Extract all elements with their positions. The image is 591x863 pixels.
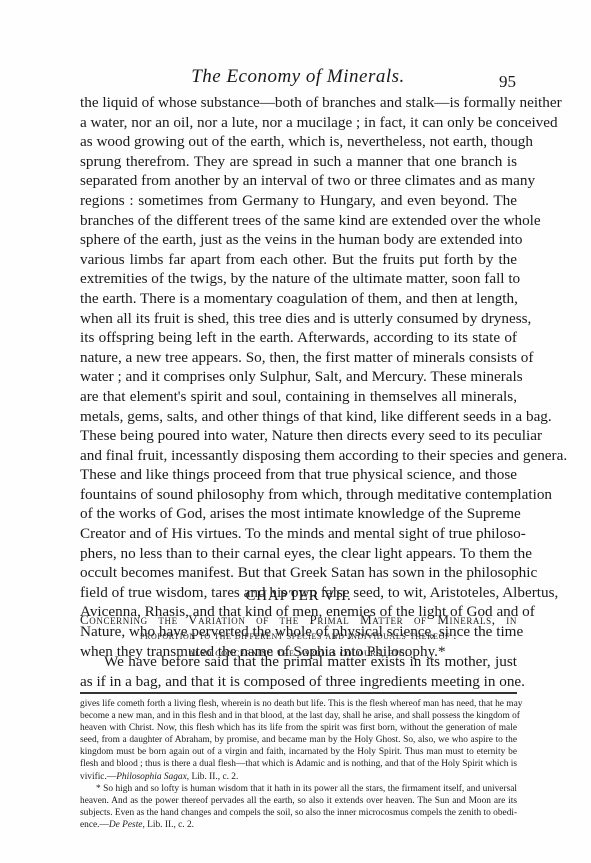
text-line: branches of the different trees of the s…: [80, 211, 517, 231]
footnote-line: seed, from a daughter of Abraham, by pro…: [80, 734, 517, 746]
text-line: as if in a bag, and that it is composed …: [80, 672, 517, 692]
chapter-paragraph: We have before said that the primal matt…: [80, 652, 517, 691]
text-line: the liquid of whose substance—both of br…: [80, 93, 517, 113]
text-line: the earth. There is a momentary coagulat…: [80, 289, 517, 309]
body-paragraph: the liquid of whose substance—both of br…: [80, 93, 517, 661]
footnote-line: gives life cometh forth a living flesh, …: [80, 698, 517, 710]
text-line: phers, no less than to their carnal eyes…: [80, 544, 517, 564]
footnotes: gives life cometh forth a living flesh, …: [80, 698, 517, 831]
footnote-line: flesh and blood ; thus is there a dual f…: [80, 758, 517, 770]
text-line: water ; and it comprises only Sulphur, S…: [80, 367, 517, 387]
text-line: when all its fruit is shed, this tree di…: [80, 309, 517, 329]
running-title: The Economy of Minerals.: [80, 66, 516, 88]
text-line: sprung therefrom. They are spread in suc…: [80, 152, 517, 172]
chapter-title: CHAPTER VII.: [80, 588, 517, 605]
chapter-subtitle: proportion to the different species and …: [80, 628, 517, 645]
text-line: of the works of God, arises the most int…: [80, 504, 517, 524]
text-line: These being poured into water, Nature th…: [80, 426, 517, 446]
page-number: 95: [499, 72, 516, 92]
footnote-citation: vivific.—Philosophia Sagax, Lib. II., c.…: [80, 771, 517, 783]
citation-suffix: , Lib. II., c. 2.: [187, 772, 239, 782]
text-line: its offspring being left in the earth. A…: [80, 328, 517, 348]
citation-source: Philosophia Sagax: [116, 772, 187, 782]
footnote-line: heaven. And as the power thereof pervade…: [80, 795, 517, 807]
footnote-line: become a new man, and in this flesh and …: [80, 710, 517, 722]
text-line: a water, nor an oil, nor a lute, nor a m…: [80, 113, 517, 133]
text-line: as wood growing out of the earth, which …: [80, 132, 517, 152]
text-line: various limbs far apart from each other.…: [80, 250, 517, 270]
text-line: nature, a new tree appears. So, then, th…: [80, 348, 517, 368]
text-line: We have before said that the primal matt…: [80, 652, 517, 672]
citation-suffix: , Lib. II., c. 2.: [142, 820, 194, 830]
footnote-citation: ence.—De Peste, Lib. II., c. 2.: [80, 819, 517, 831]
chapter-subtitle: Concerning the Variation of the Primal M…: [80, 611, 517, 628]
citation-source: De Peste: [109, 820, 143, 830]
text-line: regions : sometimes from Germany to Hung…: [80, 191, 517, 211]
footnote-line: kingdom must be born again out of a virg…: [80, 746, 517, 758]
text-line: metals, gems, salts, and other things of…: [80, 407, 517, 427]
footnote-rule: [80, 692, 517, 694]
text-line: sphere of the earth, just as the veins i…: [80, 230, 517, 250]
text-line: are that element's spirit and soul, cont…: [80, 387, 517, 407]
citation-prefix: ence.—: [80, 820, 109, 830]
text-line: These and like things proceed from that …: [80, 465, 517, 485]
citation-prefix: vivific.—: [80, 772, 116, 782]
text-line: and final fruit, incessantly disposing t…: [80, 446, 517, 466]
text-line: occult becomes manifest. But that Greek …: [80, 563, 517, 583]
text-line: fountains of sound philosophy from which…: [80, 485, 517, 505]
footnote-line: subjects. Even as the hand changes and c…: [80, 807, 517, 819]
book-page: The Economy of Minerals. 95 the liquid o…: [0, 0, 591, 863]
text-line: separated from another by an interval of…: [80, 171, 517, 191]
text-line: Creator and of His virtues. To the minds…: [80, 524, 517, 544]
footnote-line: heaven with Christ. Now, this flesh whic…: [80, 722, 517, 734]
footnote-line: * So high and so lofty is human wisdom t…: [80, 783, 517, 795]
running-head: The Economy of Minerals. 95: [80, 66, 516, 90]
text-line: extremities of the twigs, by the nature …: [80, 269, 517, 289]
